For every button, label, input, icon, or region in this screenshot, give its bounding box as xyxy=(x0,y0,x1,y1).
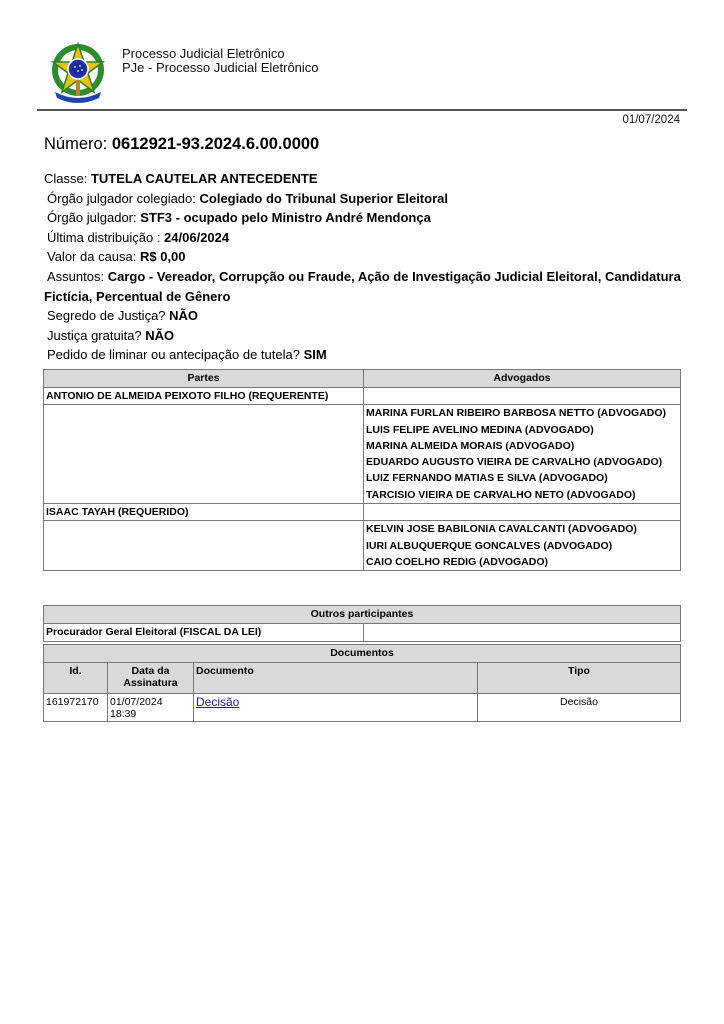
column-header-data-assinatura: Data da Assinatura xyxy=(108,663,194,694)
lawyer-name: TARCISIO VIEIRA DE CARVALHO NETO (ADVOGA… xyxy=(366,487,678,503)
column-header-partes: Partes xyxy=(44,370,364,388)
field-value: TUTELA CAUTELAR ANTECEDENTE xyxy=(91,171,318,186)
process-number: Número: 0612921-93.2024.6.00.0000 xyxy=(44,135,319,154)
document-signature-date: 01/07/2024 18:39 xyxy=(108,694,194,722)
lawyer-name: LUIZ FERNANDO MATIAS E SILVA (ADVOGADO) xyxy=(366,470,678,486)
signature-time: 18:39 xyxy=(110,708,191,720)
field-ultima-distribuicao: Última distribuição : 24/06/2024 xyxy=(44,228,684,248)
table-row: KELVIN JOSE BABILONIA CAVALCANTI (ADVOGA… xyxy=(44,521,681,571)
brasao-republica-icon xyxy=(49,40,107,106)
field-label: Valor da causa: xyxy=(47,249,140,264)
participant-name: Procurador Geral Eleitoral (FISCAL DA LE… xyxy=(44,624,364,642)
document-link[interactable]: Decisão xyxy=(196,695,239,709)
table-row: 161972170 01/07/2024 18:39 Decisão Decis… xyxy=(44,694,681,722)
empty-cell xyxy=(44,405,364,504)
field-orgao-colegiado: Órgão julgador colegiado: Colegiado do T… xyxy=(44,189,684,209)
field-label: Justiça gratuita? xyxy=(47,328,145,343)
lawyer-name: LUIS FELIPE AVELINO MEDINA (ADVOGADO) xyxy=(366,422,678,438)
field-label: Classe: xyxy=(44,171,91,186)
party-name: ISAAC TAYAH (REQUERIDO) xyxy=(44,504,364,521)
field-value: STF3 - ocupado pelo Ministro André Mendo… xyxy=(140,210,431,225)
outros-header: Outros participantes xyxy=(44,606,681,624)
lawyers-list: MARINA FURLAN RIBEIRO BARBOSA NETTO (ADV… xyxy=(364,405,681,504)
field-assuntos: Assuntos: Cargo - Vereador, Corrupção ou… xyxy=(44,267,684,306)
document-header: Processo Judicial Eletrônico PJe - Proce… xyxy=(0,0,724,112)
field-justica-gratuita: Justiça gratuita? NÃO xyxy=(44,326,684,346)
empty-cell xyxy=(44,521,364,571)
field-value: NÃO xyxy=(169,308,198,323)
documentos-title-row: Documentos xyxy=(44,645,681,663)
field-segredo-justica: Segredo de Justiça? NÃO xyxy=(44,306,684,326)
party-name: ANTONIO DE ALMEIDA PEIXOTO FILHO (REQUER… xyxy=(44,388,364,405)
lawyers-list: KELVIN JOSE BABILONIA CAVALCANTI (ADVOGA… xyxy=(364,521,681,571)
empty-cell xyxy=(364,504,681,521)
header-line-1: Processo Judicial Eletrônico xyxy=(122,47,319,61)
documentos-header: Documentos xyxy=(44,645,681,663)
header-divider xyxy=(37,109,687,111)
signature-date: 01/07/2024 xyxy=(110,696,191,708)
outros-header-row: Outros participantes xyxy=(44,606,681,624)
lawyer-name: EDUARDO AUGUSTO VIEIRA DE CARVALHO (ADVO… xyxy=(366,454,678,470)
field-value: 24/06/2024 xyxy=(164,230,229,245)
field-valor-causa: Valor da causa: R$ 0,00 xyxy=(44,247,684,267)
lawyer-name: KELVIN JOSE BABILONIA CAVALCANTI (ADVOGA… xyxy=(366,521,678,537)
field-value: SIM xyxy=(304,347,327,362)
header-title: Processo Judicial Eletrônico PJe - Proce… xyxy=(122,47,319,75)
table-row: ANTONIO DE ALMEIDA PEIXOTO FILHO (REQUER… xyxy=(44,388,681,405)
process-number-value: 0612921-93.2024.6.00.0000 xyxy=(112,135,319,153)
table-row: MARINA FURLAN RIBEIRO BARBOSA NETTO (ADV… xyxy=(44,405,681,504)
field-label: Pedido de liminar ou antecipação de tute… xyxy=(47,347,304,362)
field-label: Assuntos: xyxy=(44,269,108,284)
column-header-advogados: Advogados xyxy=(364,370,681,388)
empty-cell xyxy=(364,624,681,642)
documentos-columns-row: Id. Data da Assinatura Documento Tipo xyxy=(44,663,681,694)
field-value: Colegiado do Tribunal Superior Eleitoral xyxy=(200,191,448,206)
document-id: 161972170 xyxy=(44,694,108,722)
field-label: Órgão julgador colegiado: xyxy=(47,191,200,206)
document-type: Decisão xyxy=(478,694,681,722)
field-pedido-liminar: Pedido de liminar ou antecipação de tute… xyxy=(44,345,684,365)
lawyer-name: MARINA FURLAN RIBEIRO BARBOSA NETTO (ADV… xyxy=(366,405,678,421)
process-number-label: Número: xyxy=(44,135,112,153)
partes-table: Partes Advogados ANTONIO DE ALMEIDA PEIX… xyxy=(43,369,681,571)
table-row: Procurador Geral Eleitoral (FISCAL DA LE… xyxy=(44,624,681,642)
partes-header-row: Partes Advogados xyxy=(44,370,681,388)
column-header-id: Id. xyxy=(44,663,108,694)
print-date: 01/07/2024 xyxy=(622,114,680,126)
field-classe: Classe: TUTELA CAUTELAR ANTECEDENTE xyxy=(44,169,684,189)
document-cell: Decisão xyxy=(194,694,478,722)
outros-participantes-table: Outros participantes Procurador Geral El… xyxy=(43,605,681,642)
header-line-2: PJe - Processo Judicial Eletrônico xyxy=(122,61,319,75)
process-fields: Classe: TUTELA CAUTELAR ANTECEDENTE Órgã… xyxy=(44,169,684,365)
field-value: R$ 0,00 xyxy=(140,249,186,264)
column-header-tipo: Tipo xyxy=(478,663,681,694)
field-value: NÃO xyxy=(145,328,174,343)
field-orgao-julgador: Órgão julgador: STF3 - ocupado pelo Mini… xyxy=(44,208,684,228)
field-value: Cargo - Vereador, Corrupção ou Fraude, A… xyxy=(44,269,681,304)
lawyer-name: IURI ALBUQUERQUE GONCALVES (ADVOGADO) xyxy=(366,538,678,554)
empty-cell xyxy=(364,388,681,405)
lawyer-name: MARINA ALMEIDA MORAIS (ADVOGADO) xyxy=(366,438,678,454)
field-label: Órgão julgador: xyxy=(47,210,140,225)
column-header-documento: Documento xyxy=(194,663,478,694)
field-label: Segredo de Justiça? xyxy=(47,308,169,323)
field-label: Última distribuição : xyxy=(47,230,164,245)
documentos-table: Documentos Id. Data da Assinatura Docume… xyxy=(43,644,681,722)
lawyer-name: CAIO COELHO REDIG (ADVOGADO) xyxy=(366,554,678,570)
table-row: ISAAC TAYAH (REQUERIDO) xyxy=(44,504,681,521)
